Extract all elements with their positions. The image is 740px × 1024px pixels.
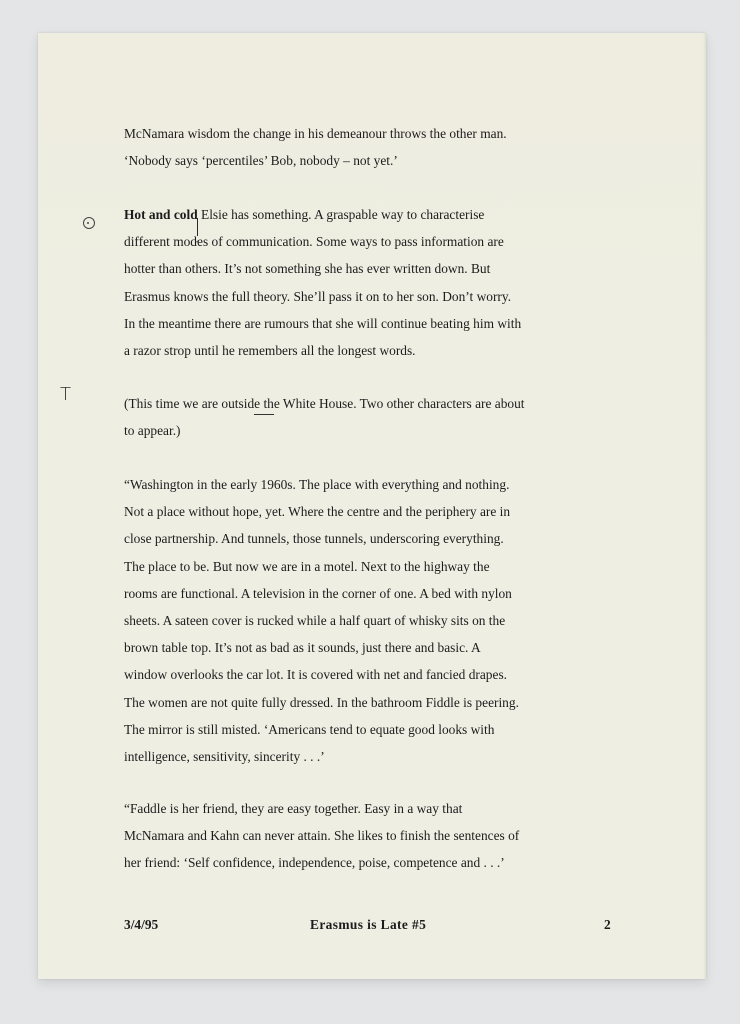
paragraph-1: McNamara wisdom the change in his demean… — [124, 120, 544, 174]
text-line: Erasmus knows the full theory. She’ll pa… — [124, 283, 544, 310]
text-line: “Faddle is her friend, they are easy tog… — [124, 795, 544, 822]
footer-title: Erasmus is Late #5 — [310, 917, 426, 933]
text-line: window overlooks the car lot. It is cove… — [124, 661, 544, 688]
text-line: “Washington in the early 1960s. The plac… — [124, 471, 544, 498]
text-line: her friend: ‘Self confidence, independen… — [124, 849, 544, 876]
text-line: McNamara wisdom the change in his demean… — [124, 120, 544, 147]
footer-date: 3/4/95 — [124, 917, 158, 933]
text-line: brown table top. It’s not as bad as it s… — [124, 634, 544, 661]
text-line: The mirror is still misted. ‘Americans t… — [124, 716, 544, 743]
text-line: to appear.) — [124, 417, 544, 444]
handwritten-t-mark: T — [60, 386, 71, 404]
text-line: Not a place without hope, yet. Where the… — [124, 498, 544, 525]
text-line: hotter than others. It’s not something s… — [124, 255, 544, 282]
page-number: 2 — [604, 917, 611, 933]
paragraph-5: “Faddle is her friend, they are easy tog… — [124, 795, 544, 877]
text-line: intelligence, sensitivity, sincerity . .… — [124, 743, 544, 770]
text-line: In the meantime there are rumours that s… — [124, 310, 544, 337]
paper-page: T McNamara wisdom the change in his deme… — [38, 33, 706, 979]
paper-edge — [703, 33, 706, 979]
text-line: (This time we are outside the White Hous… — [124, 390, 544, 417]
handwritten-underline: e th — [254, 396, 274, 415]
text-line: The women are not quite fully dressed. I… — [124, 689, 544, 716]
text-line: a razor strop until he remembers all the… — [124, 337, 544, 364]
text-line: The place to be. But now we are in a mot… — [124, 553, 544, 580]
text-line: close partnership. And tunnels, those tu… — [124, 525, 544, 552]
section-lead-heading: Hot and cold — [124, 207, 198, 222]
paragraph-2: Hot and cold‸ Elsie has something. A gra… — [124, 201, 544, 364]
text-line: rooms are functional. A television in th… — [124, 580, 544, 607]
handwritten-circle-mark-icon — [83, 217, 95, 229]
paragraph-4: “Washington in the early 1960s. The plac… — [124, 471, 544, 770]
text-line: different modes of communication. Some w… — [124, 228, 544, 255]
text-line: ‘Nobody says ‘percentiles’ Bob, nobody –… — [124, 147, 544, 174]
text-line: Hot and cold‸ Elsie has something. A gra… — [124, 201, 544, 228]
text-line: McNamara and Kahn can never attain. She … — [124, 822, 544, 849]
text-line: sheets. A sateen cover is rucked while a… — [124, 607, 544, 634]
text-span: Elsie has something. A graspable way to … — [201, 207, 484, 222]
paragraph-3: (This time we are outside the White Hous… — [124, 390, 544, 444]
